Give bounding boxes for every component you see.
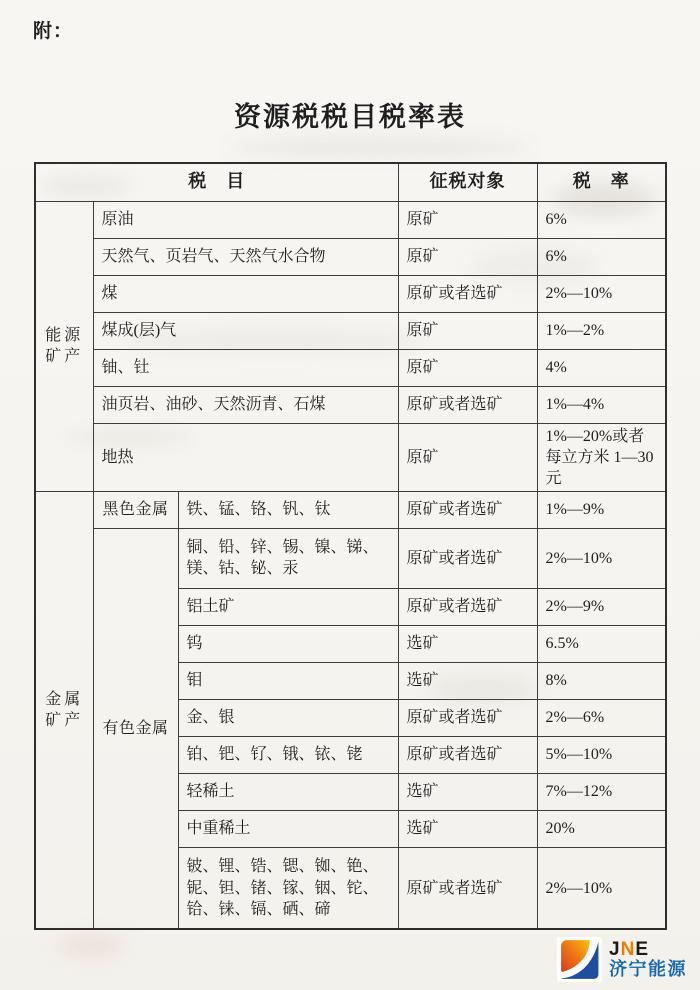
logo-letter-j: J [609, 939, 621, 960]
tax-rate-cell: 7%—12% [537, 773, 666, 810]
logo-abbreviation: JNE [609, 940, 687, 961]
tax-rate-cell: 2%—9% [537, 588, 666, 625]
tax-object-cell: 原矿或者选矿 [398, 847, 537, 929]
tax-object-cell: 选矿 [398, 773, 537, 810]
table-row: 煤 原矿或者选矿 2%—10% [35, 275, 666, 312]
table-row: 有色金属 铜、铅、锌、锡、镍、锑、镁、钴、铋、汞 原矿或者选矿 2%—10% [35, 528, 666, 588]
resource-tax-rate-table: 税 目 征税对象 税 率 能源矿产 原油 原矿 6% 天然气、页岩气、天然气水合… [34, 162, 667, 930]
tax-object-cell: 原矿 [398, 349, 537, 386]
jne-logo-icon [557, 937, 602, 982]
tax-rate-cell: 4% [537, 349, 666, 386]
tax-object-cell: 选矿 [398, 662, 537, 699]
tax-item-cell: 钨 [178, 625, 398, 662]
tax-rate-cell: 2%—6% [537, 699, 666, 736]
group-cell-energy-minerals: 能源矿产 [35, 201, 93, 491]
tax-object-cell: 原矿或者选矿 [398, 699, 537, 736]
page-title: 资源税税目税率表 [0, 95, 700, 134]
group-cell-metal-minerals: 金属矿产 [35, 491, 93, 929]
table-row: 煤成(层)气 原矿 1%—2% [35, 312, 666, 349]
tax-rate-cell: 6% [537, 201, 666, 238]
tax-item-cell: 地热 [93, 423, 398, 491]
tax-item-cell: 煤 [93, 275, 398, 312]
jne-logo: JNE 济宁能源 [557, 937, 687, 982]
tax-object-cell: 原矿 [398, 312, 537, 349]
tax-item-cell: 中重稀土 [178, 810, 398, 847]
subgroup-cell-ferrous-metals: 黑色金属 [93, 491, 178, 528]
tax-rate-cell: 1%—9% [537, 491, 666, 528]
tax-object-cell: 原矿 [398, 201, 537, 238]
tax-item-cell: 铁、锰、铬、钒、钛 [178, 491, 398, 528]
table-row: 天然气、页岩气、天然气水合物 原矿 6% [35, 238, 666, 275]
table-row: 铀、钍 原矿 4% [35, 349, 666, 386]
tax-rate-cell: 2%—10% [537, 847, 666, 929]
tax-rate-cell: 6.5% [537, 625, 666, 662]
header-tax-object: 征税对象 [398, 163, 537, 201]
scan-artifact [56, 935, 126, 957]
tax-item-cell: 天然气、页岩气、天然气水合物 [93, 238, 398, 275]
tax-object-cell: 原矿 [398, 423, 537, 491]
subgroup-cell-nonferrous-metals: 有色金属 [93, 528, 178, 929]
tax-rate-cell: 1%—2% [537, 312, 666, 349]
tax-item-cell: 原油 [93, 201, 398, 238]
tax-rate-cell: 5%—10% [537, 736, 666, 773]
tax-item-cell: 铂、钯、钌、锇、铱、铑 [178, 736, 398, 773]
tax-object-cell: 选矿 [398, 810, 537, 847]
tax-object-cell: 原矿或者选矿 [398, 275, 537, 312]
tax-item-cell: 轻稀土 [178, 773, 398, 810]
tax-object-cell: 原矿或者选矿 [398, 736, 537, 773]
tax-item-cell: 铝土矿 [178, 588, 398, 625]
tax-item-cell: 油页岩、油砂、天然沥青、石煤 [93, 386, 398, 423]
tax-object-cell: 原矿或者选矿 [398, 386, 537, 423]
tax-rate-cell: 2%—10% [537, 528, 666, 588]
header-tax-rate: 税 率 [537, 163, 666, 201]
logo-letter-e: E [635, 939, 649, 960]
attachment-label: 附： [33, 16, 73, 43]
table-row: 地热 原矿 1%—20%或者每立方米 1—30 元 [35, 423, 666, 491]
tax-item-cell: 金、银 [178, 699, 398, 736]
tax-item-cell: 铜、铅、锌、锡、镍、锑、镁、钴、铋、汞 [178, 528, 398, 588]
table-row: 能源矿产 原油 原矿 6% [35, 201, 666, 238]
tax-item-cell: 铀、钍 [93, 349, 398, 386]
tax-rate-cell: 8% [537, 662, 666, 699]
tax-rate-cell: 1%—4% [537, 386, 666, 423]
tax-item-cell: 煤成(层)气 [93, 312, 398, 349]
tax-rate-cell: 2%—10% [537, 275, 666, 312]
tax-object-cell: 原矿或者选矿 [398, 528, 537, 588]
tax-object-cell: 原矿或者选矿 [398, 491, 537, 528]
tax-object-cell: 选矿 [398, 625, 537, 662]
table-header-row: 税 目 征税对象 税 率 [35, 163, 666, 201]
tax-object-cell: 原矿或者选矿 [398, 588, 537, 625]
tax-rate-cell: 1%—20%或者每立方米 1—30 元 [537, 423, 666, 491]
tax-item-cell: 钼 [178, 662, 398, 699]
tax-rate-cell: 20% [537, 810, 666, 847]
logo-letter-n: N [621, 939, 636, 960]
tax-object-cell: 原矿 [398, 238, 537, 275]
header-tax-item: 税 目 [35, 163, 398, 201]
tax-item-cell: 铍、锂、锆、锶、铷、铯、铌、钽、锗、镓、铟、铊、铪、铼、镉、硒、碲 [178, 847, 398, 929]
tax-rate-cell: 6% [537, 238, 666, 275]
scan-artifact [230, 138, 530, 156]
table-row: 金属矿产 黑色金属 铁、锰、铬、钒、钛 原矿或者选矿 1%—9% [35, 491, 666, 528]
logo-company-name: 济宁能源 [609, 960, 687, 979]
table-row: 油页岩、油砂、天然沥青、石煤 原矿或者选矿 1%—4% [35, 386, 666, 423]
